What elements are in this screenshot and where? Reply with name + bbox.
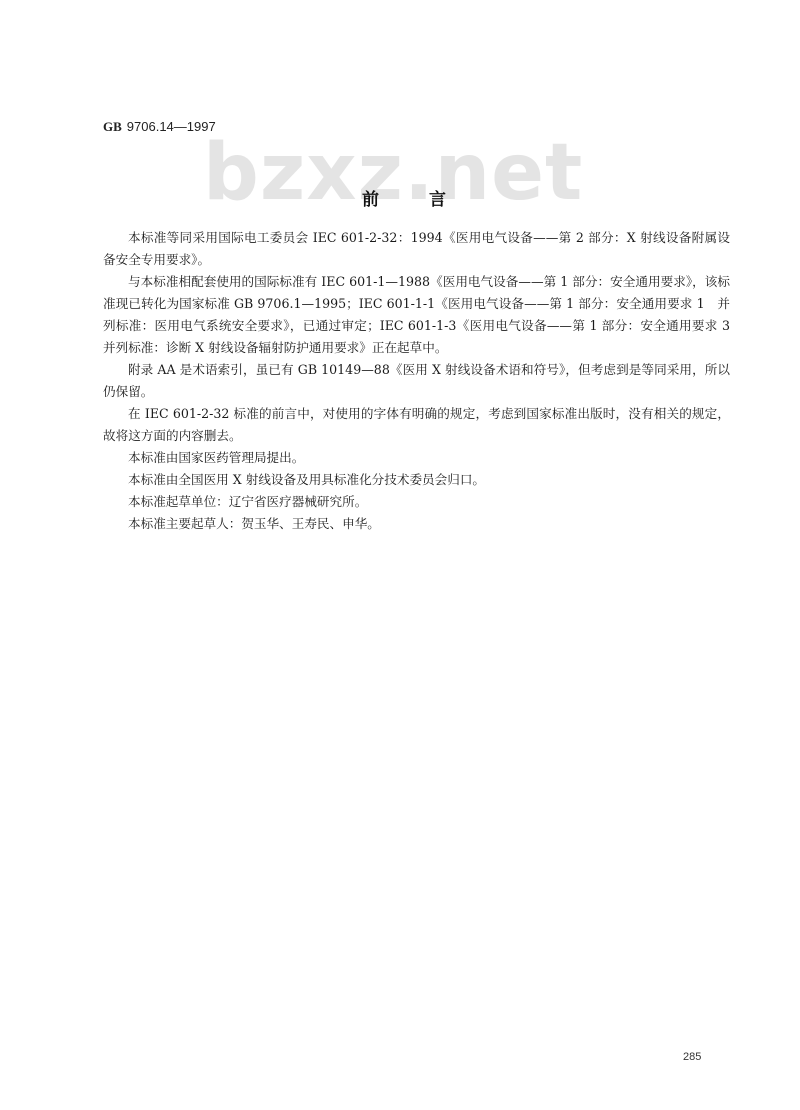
paragraph: 本标准等同采用国际电工委员会 IEC 601-2-32：1994《医用电气设备—… <box>103 227 730 271</box>
paragraph: 本标准由国家医药管理局提出。 <box>103 447 730 469</box>
page-number: 285 <box>683 1051 701 1063</box>
paragraph: 本标准主要起草人：贺玉华、王寿民、申华。 <box>103 513 730 535</box>
paragraph: 本标准起草单位：辽宁省医疗器械研究所。 <box>103 491 730 513</box>
paragraph: 本标准由全国医用 X 射线设备及用具标准化分技术委员会归口。 <box>103 469 730 491</box>
foreword-body: 本标准等同采用国际电工委员会 IEC 601-2-32：1994《医用电气设备—… <box>103 227 730 535</box>
header-prefix: GB <box>103 119 122 134</box>
header-code: GB9706.14—1997 <box>103 119 216 135</box>
page-title: 前言 <box>362 185 496 210</box>
paragraph: 附录 AA 是术语索引，虽已有 GB 10149—88《医用 X 射线设备术语和… <box>103 359 730 403</box>
paragraph: 在 IEC 601-2-32 标准的前言中，对使用的字体有明确的规定，考虑到国家… <box>103 403 730 447</box>
paragraph: 与本标准相配套使用的国际标准有 IEC 601-1—1988《医用电气设备——第… <box>103 271 730 359</box>
